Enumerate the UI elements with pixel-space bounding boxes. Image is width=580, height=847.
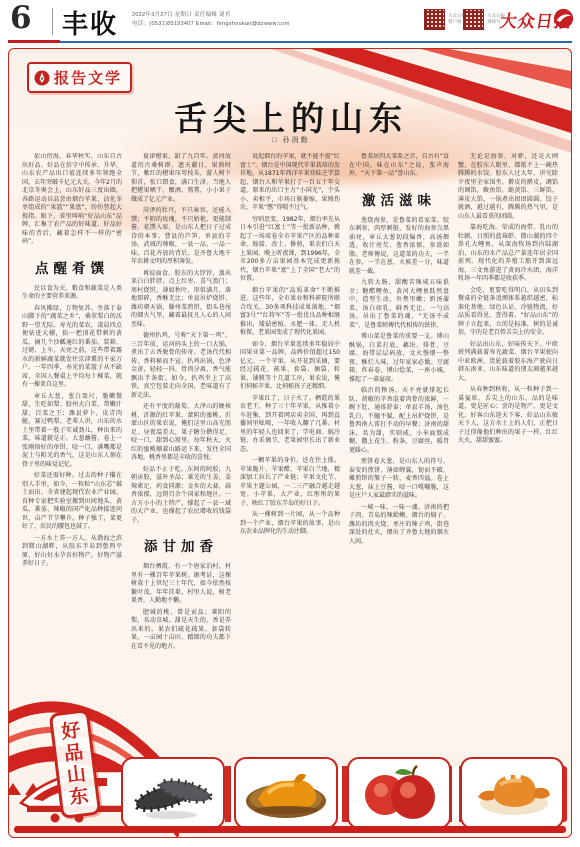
body-paragraph: 一城一味，一味一魂。济南的把子肉、青岛的辣蛤蜊、烟台的焖子、潍坊的肉火烧、枣庄的… [349,504,449,547]
article-body: 依山傍海，春华秋实，山东自古出好品。好品在信守中传承、升华，山东农产品出口值连续… [22,153,560,759]
header-rule-blue [60,41,572,44]
header-rule-red [8,40,60,43]
dateline: 2022年3月27日 星期日 责任编辑 刘君 [132,11,290,20]
body-paragraph: 无论是海参、对虾，还是大闸蟹，在胶东人眼里，都抵不上一碗热腾腾的水饺。胶东人过大… [458,153,558,221]
text-column-5: 无论是海参、对虾，还是大闸蟹，在胶东人眼里，都抵不上一碗热腾腾的水饺。胶东人过大… [458,153,558,759]
newspaper-logo-icon [553,8,574,29]
pen-icon [34,70,50,86]
body-paragraph: 苹果红了，日子火了。栖霞的果农老王，种了三十年苹果，从推着小车赶集，到开着网店卖… [240,395,340,455]
vertical-banner-char: 好 [60,719,82,743]
badge-label: 报告文学 [54,67,122,88]
body-paragraph: 从一棵树到一片园，从一个品种到一个产业，烟台苹果的故事，是山东农业品牌化的生动注… [240,511,340,537]
section-heading: 激活滋味 [349,189,449,209]
qr-block-app: 大众日报 客户端 [424,9,466,30]
bottom-red-bar [14,826,566,833]
vertical-banner-char: 山 [66,763,88,787]
body-paragraph: 靠海吃海。荣成的海带、乳山的牡蛎、日照的蓝莓虾、微山湖的四个鼻孔大鲤鱼，从深海牧… [458,224,558,284]
section-heading: 点醒肴馔 [22,257,122,277]
food-photo-strip [121,757,567,831]
body-paragraph: 好品不止于吃。东阿的阿胶，九朝贡胶，滋补圣品；莱芜的生姜，姜辣素足，药食同源；金… [131,466,231,526]
photo-red-apples [347,757,451,829]
page-number: 6 [10,0,32,36]
body-paragraph: 肥城的桃，曾是贡品；莱阳的梨，名动京城。甜是天生的，香是养出来的。果农们疏花疏果… [131,609,231,652]
header-divider [52,8,53,35]
section-title: 丰收 [62,4,118,41]
body-paragraph: 还有平度的葡萄、大泽山的硬核桃、沂源的红苹果、蒙阴的蜜桃。沂蒙山区的果农说，俺们… [131,403,231,463]
body-paragraph: 夏津椹果，甜了九百年。黄河故道的古桑树群，遮天蔽日，果熟时节，紫红的椹果压弯枝头… [131,153,231,204]
body-paragraph: 民以食为天，粮食和蔬菜是人类生命的主要营养来源。 [22,285,122,302]
photo-braised-chicken [234,757,338,829]
body-paragraph: 一颗苹果的身价，还在往上涨。苹果脆片、苹果醋、苹果白兰地，精深加工拉长了产业链；… [240,457,340,508]
vertical-banner-char: 品 [63,741,85,765]
contact-line: 电话：(0531)85193407 Email：fengshoukan@dzww… [132,20,290,29]
body-paragraph: 如今，烟台苹果连续多年稳居中国果业第一品牌，品牌价值超过150亿元。一个苹果，从… [240,341,340,392]
page-header: 6 丰收 2022年3月27日 星期日 责任编辑 刘君 电话：(0531)851… [0,0,580,46]
text-column-2: 夏津椹果，甜了九百年。黄河故道的古桑树群，遮天蔽日，果熟时节，紫红的椹果压弯枝头… [131,153,231,759]
photo-sea-cucumber [121,757,225,829]
body-paragraph: 会吃，更要吃得明白。从田头到餐桌的全链条追溯体系越织越密，标准化基地、绿色认证、… [458,287,558,338]
body-paragraph: 穷则思变。1982年，烟台率先从日本引进“红富士”等一批新品种，掀起了一场席卷全… [240,216,340,284]
body-paragraph: 烟台苹果的“品质革命”不断推进。这些年，全市果业和科研院所联合攻关，30多项科技… [240,287,340,338]
body-paragraph: 再说面食。胶东的大饽饽，蒸出来白白胖胖，点上红枣，喜气盈门；周村烧饼，薄如秋叶，… [131,270,231,330]
article-frame: 报告文学 舌尖上的山东 □ 孙润勤 依山傍海，春华秋实，山东自古出好品。好品在信… [8,48,572,838]
body-paragraph: 葱烧海参，是鲁菜的看家菜。胶东刺参，肉厚刺挺，发好的海参乌黑油亮，章丘大葱切段煸… [349,217,449,277]
body-paragraph: 好菜还需好种。过去的种子攥在别人手里，如今，一粒粒“山东芯”破土而出。全省建起现… [22,472,122,532]
body-paragraph: 鲁菜居四大菜系之首，自古有“食在中国，味在山东”之说，蜚声海外，“天下第一品”誉… [349,153,449,179]
qr-code-icon [424,9,445,30]
article-title: 舌尖上的山东 [9,93,572,140]
body-paragraph: 博山菜是鲁菜的重要一支。博山酥锅，白菜打底，藕块、排骨、豆腐、海带层层码放，文火… [349,333,449,384]
photo-steamed-crab [460,757,564,829]
body-paragraph: 九转大肠，甜酸苦辣咸五味俱全；糖醋鲤鱼，黄河大鲤鱼跃然盘中，造型生动，外焦里嫩；… [349,279,449,330]
body-paragraph: 德州扒鸡，号称“天下第一鸡”。三百年前，运河码头上的一口大锅，煮出了五香脱骨的传… [131,332,231,400]
body-paragraph: 说起烟台的苹果，就不能不提“红富士”。烟台是中国现代苹果栽培的发祥地，从1871… [240,153,340,213]
text-column-1: 依山傍海，春华秋实，山东自古出好品。好品在信守中传承、升华，山东农产品出口值连续… [22,153,122,696]
vertical-banner-char: 东 [68,785,90,809]
body-paragraph: 从春种到秋收，从一粒种子到一桌宴席，舌尖上的山东，品的是味道，更是匠心；尝的是物… [458,386,558,446]
text-column-4: 鲁菜居四大菜系之首，自古有“食在中国，味在山东”之说，蜚声海外，“天下第一品”誉… [349,153,449,759]
body-paragraph: 烟台栖霞，有一个唐家泊村，村里有一棵百年苹果树。据考证，这棵树栽于上世纪三十年代… [131,563,231,606]
section-heading: 添甘加香 [131,535,231,555]
body-paragraph: 临沂的糁汤，天不亮就排起长队，胡椒的辛香混着肉骨的浓鲜，一碗下肚，通体舒泰；单县… [349,387,449,455]
body-paragraph: 章丘大葱，葱白盈尺，脆嫩微甜，生吃如梨；胶州大白菜，帮嫩汁甜，百菜之王；潍县萝卜… [22,393,122,470]
body-paragraph: 煎饼卷大葱，是山东人的符号。泰安的煎饼，薄如蝉翼，韧而不破，摊煎饼的鏊子一转，麦… [349,458,449,501]
edition-meta: 2022年3月27日 星期日 责任编辑 刘君 电话：(0531)85193407… [132,11,290,29]
body-paragraph: 春风拂绿，万物复苏。坐落于泰山脚下的“蔬菜之乡”，桑翠梨白的沃野一望无际。寿光的… [22,305,122,390]
column-badge: 报告文学 [27,62,132,93]
text-column-3: 说起烟台的苹果，就不能不提“红富士”。烟台是中国现代苹果栽培的发祥地，从1871… [240,153,340,759]
body-paragraph: 菏泽的牡丹，不只雍容，还能入馔；平阴的玫瑰，不只娇艳，更能制酱。花馔入席，是山东… [131,207,231,267]
article-byline: □ 孙润勤 [9,135,572,145]
body-paragraph: 一方水土养一方人。从渤海之滨到微山湖畔，从胶东半岛到鲁西平原，好山好水孕育好物产… [22,535,122,569]
body-paragraph: 好品出山东，好味传天下。中欧班列满载着寿光蔬菜、烟台苹果驶向中亚欧洲，货轮载着胶… [458,341,558,384]
qr-code-icon [463,9,484,30]
body-paragraph: 依山傍海，春华秋实，山东自古出好品。好品在信守中传承、升华，山东农产品出口值连续… [22,153,122,247]
